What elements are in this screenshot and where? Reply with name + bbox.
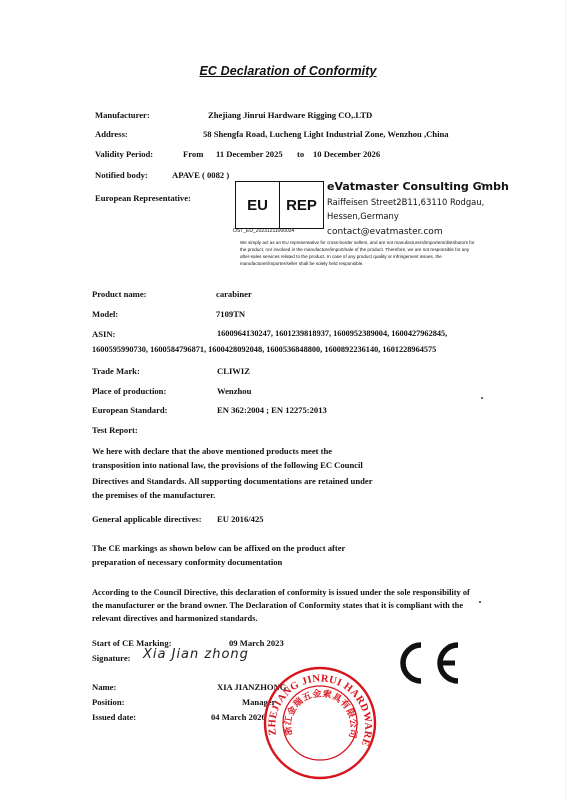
council-line: According to the Council Directive, this… — [92, 586, 470, 599]
eu-rep-address-line2: Hessen,Germany — [327, 211, 399, 221]
address-value: 58 Shengfa Road, Lucheng Light Industria… — [203, 129, 449, 139]
issued-date-label: Issued date: — [92, 712, 136, 722]
general-directives-value: EU 2016/425 — [217, 514, 264, 524]
declaration-line: We here with declare that the above ment… — [92, 444, 373, 458]
eu-rep-badge-rep: REP — [279, 182, 323, 228]
asin-values-line1: 1600964130247, 1601239818937, 1600952389… — [217, 329, 447, 338]
product-name-label: Product name: — [92, 289, 147, 299]
notified-body-value: APAVE ( 0082 ) — [172, 170, 229, 180]
eu-rep-email: contact@evatmaster.com — [327, 227, 443, 237]
ce-mark-icon — [392, 640, 464, 686]
eu-rep-registration-number: OST_EU_20231211000034 — [233, 228, 294, 234]
model-label: Model: — [92, 309, 118, 319]
council-line: the manufacturer or the brand owner. The… — [92, 599, 470, 612]
handwritten-signature: Xia Jian zhong — [143, 647, 249, 662]
stamp-outer-text: ZHEJIANG JINRUI HARDWARE RIGGING CO.,LTD — [262, 665, 373, 751]
scan-edge — [565, 0, 566, 800]
trade-mark-value: CLIWIZ — [217, 366, 250, 376]
validity-to-label: to — [297, 149, 304, 159]
place-of-production-value: Wenzhou — [217, 386, 251, 396]
notified-body-label: Notified body: — [95, 170, 148, 180]
trade-mark-label: Trade Mark: — [92, 366, 140, 376]
ce-marking-paragraph: The CE markings as shown below can be af… — [92, 541, 345, 569]
product-name-value: carabiner — [216, 289, 252, 299]
test-report-label: Test Report: — [92, 425, 138, 435]
eu-rep-badge: EU REP — [235, 181, 324, 229]
svg-text:ZHEJIANG JINRUI HARDWARE RIGGI: ZHEJIANG JINRUI HARDWARE RIGGING CO.,LTD — [262, 665, 373, 751]
place-of-production-label: Place of production: — [92, 386, 166, 396]
validity-from-label: From — [183, 149, 203, 159]
general-directives-label: General applicable directives: — [92, 514, 202, 524]
address-label: Address: — [95, 129, 128, 139]
issued-date-value: 04 March 2026 — [211, 712, 266, 722]
declaration-line: transposition into national law, the pro… — [92, 458, 373, 472]
european-rep-label: European Representative: — [95, 193, 191, 203]
ce-marking-line: preparation of necessary conformity docu… — [92, 555, 345, 569]
scan-speck — [481, 397, 483, 399]
asin-label: ASIN: — [92, 329, 115, 339]
stamp-inner-text: 浙江金瑞五金索具有限公司 — [281, 687, 359, 740]
scan-speck — [481, 183, 483, 185]
position-label: Position: — [92, 697, 124, 707]
eu-rep-badge-eu: EU — [236, 182, 279, 228]
eu-rep-address-line1: Raiffeisen Street2B11,63110 Rodgau, — [327, 197, 484, 207]
document-title: EC Declaration of Conformity — [0, 64, 576, 78]
declaration-line: Directives and Standards. All supporting… — [92, 474, 373, 488]
validity-label: Validity Period: — [95, 149, 153, 159]
eu-rep-company: eVatmaster Consulting Gmbh — [327, 180, 509, 193]
eu-rep-disclaimer: We simply act as an EU representative fo… — [240, 239, 480, 267]
european-standard-value: EN 362:2004 ; EN 12275:2013 — [217, 405, 327, 415]
declaration-paragraph: We here with declare that the above ment… — [92, 444, 373, 502]
scan-speck — [479, 601, 481, 603]
svg-text:浙江金瑞五金索具有限公司: 浙江金瑞五金索具有限公司 — [281, 687, 359, 740]
manufacturer-value: Zhejiang Jinrui Hardware Rigging CO,.LTD — [208, 110, 372, 120]
asin-values-line2: 1600595990730, 1600584796871, 1600428092… — [92, 345, 436, 354]
european-standard-label: European Standard: — [92, 405, 168, 415]
ce-marking-line: The CE markings as shown below can be af… — [92, 541, 345, 555]
declaration-line: the premises of the manufacturer. — [92, 488, 373, 502]
signature-label: Signature: — [92, 653, 131, 663]
validity-from-date: 11 December 2025 — [216, 149, 283, 159]
manufacturer-label: Manufacturer: — [95, 110, 150, 120]
council-line: relevant directives and harmonized stand… — [92, 612, 470, 625]
model-value: 7109TN — [216, 309, 245, 319]
council-directive-paragraph: According to the Council Directive, this… — [92, 586, 470, 625]
company-seal-stamp: ZHEJIANG JINRUI HARDWARE RIGGING CO.,LTD… — [262, 665, 378, 781]
name-label: Name: — [92, 682, 116, 692]
validity-to-date: 10 December 2026 — [313, 149, 380, 159]
